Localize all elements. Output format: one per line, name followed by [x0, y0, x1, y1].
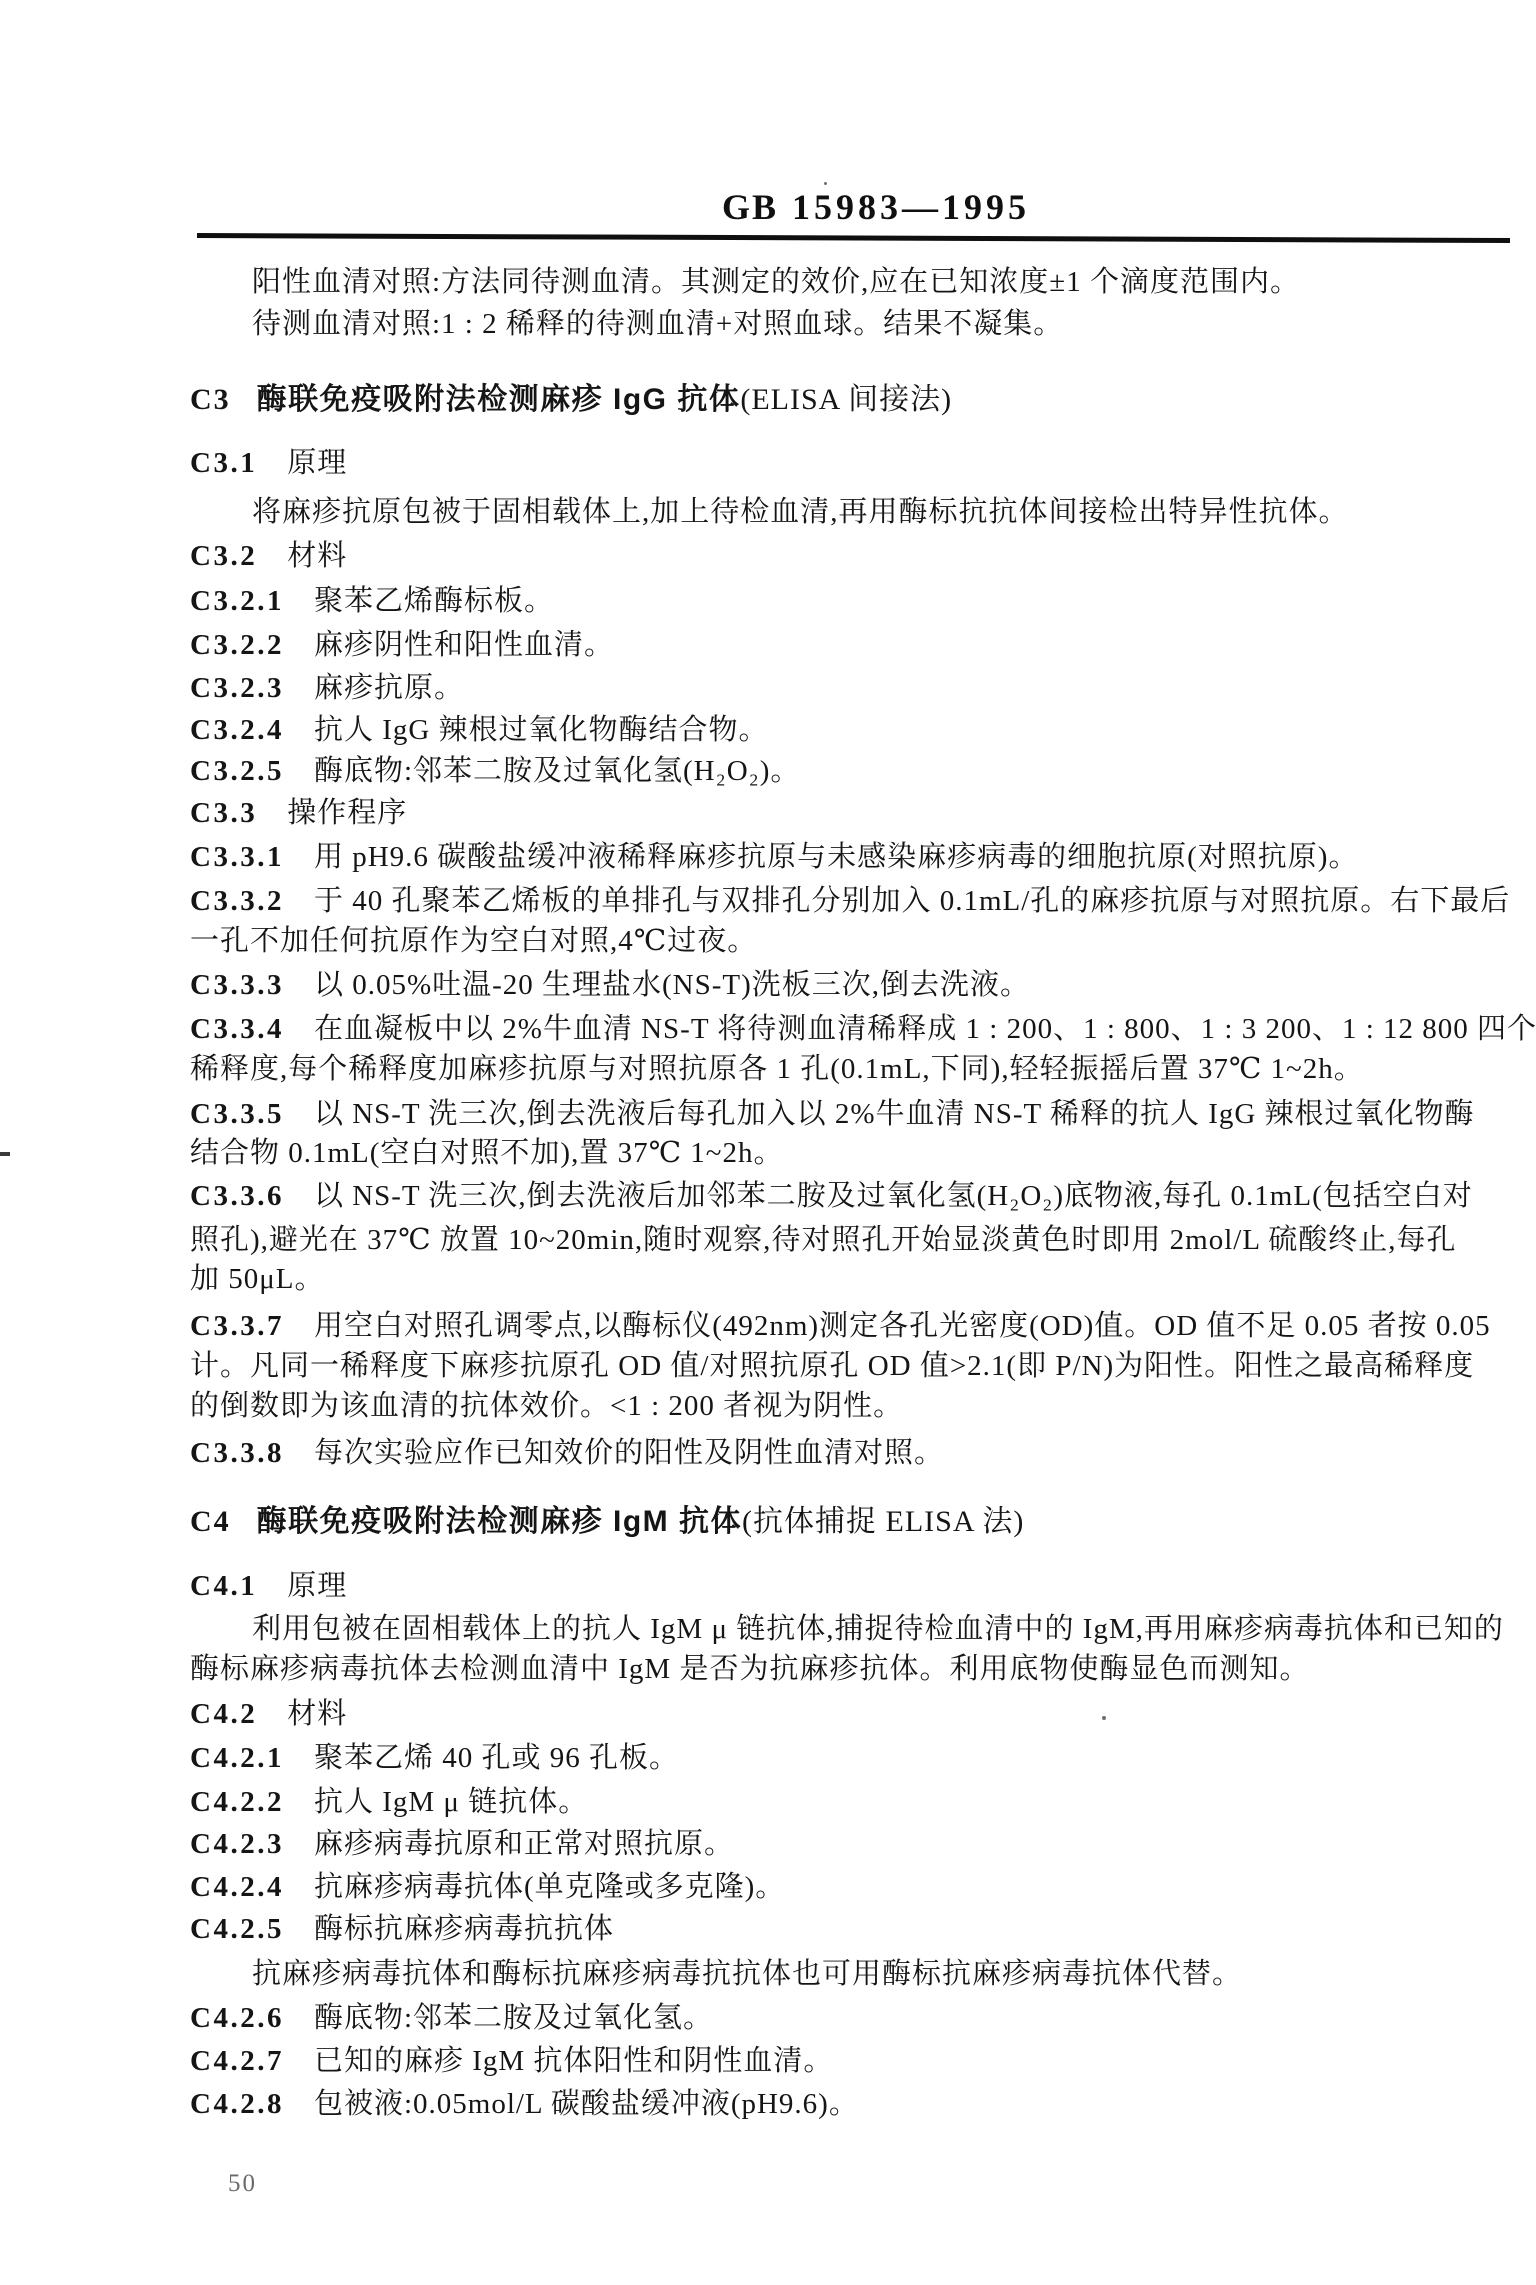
text-line-C4.2.7: C4.2.7已知的麻疹 IgM 抗体阳性和阴性血清。 [190, 2045, 833, 2078]
line-text: 抗人 IgG 辣根过氧化物酶结合物。 [314, 714, 769, 746]
section-number: C4.2.7 [190, 2045, 284, 2077]
section-number: C4.2 [190, 1698, 257, 1730]
section-number: C3.3.4 [190, 1013, 284, 1045]
text-line: 酶标麻疹病毒抗体去检测血清中 IgM 是否为抗麻疹抗体。利用底物使酶显色而测知。 [190, 1653, 1309, 1686]
text-line: 阳性血清对照:方法同待测血清。其测定的效价,应在已知浓度±1 个滴度范围内。 [252, 266, 1300, 299]
line-text: 每次实验应作已知效价的阳性及阴性血清对照。 [314, 1437, 944, 1469]
line-text: 酶底物:邻苯二胺及过氧化氢。 [314, 2002, 713, 2034]
text-line-C3.2.3: C3.2.3麻疹抗原。 [190, 672, 464, 705]
text-line-C3.3: C3.3操作程序 [190, 797, 407, 830]
section-number: C3.3.5 [190, 1098, 284, 1130]
section-number: C3.2.5 [190, 755, 284, 787]
text-line-C3.2.1: C3.2.1聚苯乙烯酶标板。 [190, 585, 554, 618]
line-text: 在血凝板中以 2%牛血清 NS-T 将待测血清稀释成 1 : 200、1 : 8… [314, 1013, 1536, 1045]
text-line-C4.1: C4.1原理 [190, 1570, 347, 1603]
line-text: 阳性血清对照:方法同待测血清。其测定的效价,应在已知浓度±1 个滴度范围内。 [252, 266, 1300, 298]
section-number: C3.3.8 [190, 1437, 284, 1469]
text-line-C3.3.8: C3.3.8每次实验应作已知效价的阳性及阴性血清对照。 [190, 1437, 944, 1470]
line-text: 材料 [287, 1698, 347, 1730]
line-text: 利用包被在固相载体上的抗人 IgM μ 链抗体,捕捉待检血清中的 IgM,再用麻… [252, 1613, 1504, 1645]
text-line-C4.2: C4.2材料 [190, 1698, 347, 1731]
line-text: 稀释度,每个稀释度加麻疹抗原与对照抗原各 1 孔(0.1mL,下同),轻轻振摇后… [190, 1053, 1364, 1085]
text-line-C3.3.1: C3.3.1用 pH9.6 碳酸盐缓冲液稀释麻疹抗原与未感染麻疹病毒的细胞抗原(… [190, 841, 1358, 874]
line-text: 用 pH9.6 碳酸盐缓冲液稀释麻疹抗原与未感染麻疹病毒的细胞抗原(对照抗原)。 [314, 841, 1359, 873]
scan-artifact-edge-mark [0, 1152, 10, 1156]
text-line: 计。凡同一稀释度下麻疹抗原孔 OD 值/对照抗原孔 OD 值>2.1(即 P/N… [190, 1350, 1474, 1383]
text-line-C3.2.2: C3.2.2麻疹阴性和阳性血清。 [190, 629, 614, 662]
section-number: C4.2.8 [190, 2088, 284, 2120]
section-number: C4.2.2 [190, 1786, 284, 1818]
line-text: 一孔不加任何抗原作为空白对照,4℃过夜。 [190, 925, 757, 957]
line-text: 待测血清对照:1 : 2 稀释的待测血清+对照血球。结果不凝集。 [252, 308, 1063, 340]
text-line: 抗麻疹病毒抗体和酶标抗麻疹病毒抗抗体也可用酶标抗麻疹病毒抗体代替。 [252, 1958, 1242, 1991]
text-line: 的倒数即为该血清的抗体效价。<1 : 200 者视为阴性。 [190, 1390, 903, 1423]
line-text: 麻疹病毒抗原和正常对照抗原。 [314, 1828, 734, 1860]
section-number: C4.2.3 [190, 1828, 284, 1860]
text-line-C3.2: C3.2材料 [190, 540, 347, 573]
line-text: 将麻疹抗原包被于固相载体上,加上待检血清,再用酶标抗抗体间接检出特异性抗体。 [252, 496, 1349, 528]
text-line-C4.2.1: C4.2.1聚苯乙烯 40 孔或 96 孔板。 [190, 1742, 679, 1775]
line-text: 抗麻疹病毒抗体和酶标抗麻疹病毒抗抗体也可用酶标抗麻疹病毒抗体代替。 [252, 1958, 1242, 1990]
scan-artifact-dot [1102, 1716, 1106, 1720]
text-line: 加 50μL。 [190, 1263, 325, 1296]
line-text: 操作程序 [287, 797, 407, 829]
text-line-C3.3.4: C3.3.4在血凝板中以 2%牛血清 NS-T 将待测血清稀释成 1 : 200… [190, 1013, 1536, 1046]
line-text: 包被液:0.05mol/L 碳酸盐缓冲液(pH9.6)。 [314, 2088, 859, 2120]
section-number: C4 [190, 1505, 231, 1538]
section-number: C4.1 [190, 1570, 257, 1602]
heading-tail: (抗体捕捉 ELISA 法) [742, 1505, 1024, 1538]
text-line: 待测血清对照:1 : 2 稀释的待测血清+对照血球。结果不凝集。 [252, 308, 1063, 341]
line-text: 聚苯乙烯 40 孔或 96 孔板。 [314, 1742, 679, 1774]
scan-artifact-dot [824, 182, 827, 185]
standard-code-header: GB15983—1995 [722, 189, 1030, 225]
text-line: 结合物 0.1mL(空白对照不加),置 37℃ 1~2h。 [190, 1137, 783, 1170]
section-number: C4.2.1 [190, 1742, 284, 1774]
section-number: C3.2.2 [190, 629, 284, 661]
section-number: C3.2.1 [190, 585, 284, 617]
line-text: 加 50μL。 [190, 1263, 325, 1295]
line-text: 聚苯乙烯酶标板。 [314, 585, 554, 617]
text-line-C3.3.2: C3.3.2于 40 孔聚苯乙烯板的单排孔与双排孔分别加入 0.1mL/孔的麻疹… [190, 885, 1510, 918]
line-text: 结合物 0.1mL(空白对照不加),置 37℃ 1~2h。 [190, 1137, 783, 1169]
text-line-C3.1: C3.1原理 [190, 447, 347, 480]
line-text: 的倒数即为该血清的抗体效价。<1 : 200 者视为阴性。 [190, 1390, 903, 1422]
line-text: 以 0.05%吐温-20 生理盐水(NS-T)洗板三次,倒去洗液。 [314, 969, 1030, 1001]
line-text: 已知的麻疹 IgM 抗体阳性和阴性血清。 [314, 2045, 833, 2077]
standard-code-prefix: GB [722, 187, 778, 227]
section-number: C3.1 [190, 447, 257, 479]
section-number: C4.2.4 [190, 1871, 284, 1903]
text-line-C3.2.4: C3.2.4抗人 IgG 辣根过氧化物酶结合物。 [190, 714, 769, 747]
text-line: 照孔),避光在 37℃ 放置 10~20min,随时观察,待对照孔开始显淡黄色时… [190, 1224, 1456, 1257]
heading-title: 酶联免疫吸附法检测麻疹 IgM 抗体 [257, 1505, 742, 1538]
section-number: C4.2.6 [190, 2002, 284, 2034]
header-rule [197, 233, 1510, 243]
line-text: 原理 [287, 1570, 347, 1602]
line-text: 酶标麻疹病毒抗体去检测血清中 IgM 是否为抗麻疹抗体。利用底物使酶显色而测知。 [190, 1653, 1309, 1685]
line-text: 材料 [287, 540, 347, 572]
section-number: C3.2.4 [190, 714, 284, 746]
text-line: 一孔不加任何抗原作为空白对照,4℃过夜。 [190, 925, 757, 958]
document-page: GB15983—1995 阳性血清对照:方法同待测血清。其测定的效价,应在已知浓… [0, 0, 1536, 2285]
line-text: 于 40 孔聚苯乙烯板的单排孔与双排孔分别加入 0.1mL/孔的麻疹抗原与对照抗… [314, 885, 1510, 917]
text-line: 利用包被在固相载体上的抗人 IgM μ 链抗体,捕捉待检血清中的 IgM,再用麻… [252, 1613, 1504, 1646]
text-line-C4.2.5: C4.2.5酶标抗麻疹病毒抗抗体 [190, 1913, 614, 1946]
text-line-C4.2.2: C4.2.2抗人 IgM μ 链抗体。 [190, 1786, 588, 1819]
section-number: C3.2 [190, 540, 257, 572]
text-line: 将麻疹抗原包被于固相载体上,加上待检血清,再用酶标抗抗体间接检出特异性抗体。 [252, 496, 1349, 529]
section-number: C3.2.3 [190, 672, 284, 704]
text-line: 稀释度,每个稀释度加麻疹抗原与对照抗原各 1 孔(0.1mL,下同),轻轻振摇后… [190, 1053, 1364, 1086]
line-text: 照孔),避光在 37℃ 放置 10~20min,随时观察,待对照孔开始显淡黄色时… [190, 1224, 1456, 1256]
text-line-C4.2.8: C4.2.8包被液:0.05mol/L 碳酸盐缓冲液(pH9.6)。 [190, 2088, 859, 2121]
text-line-C4.2.4: C4.2.4抗麻疹病毒抗体(单克隆或多克隆)。 [190, 1871, 785, 1904]
section-number: C3.3 [190, 797, 257, 829]
heading-tail: (ELISA 间接法) [740, 383, 952, 416]
line-text: 计。凡同一稀释度下麻疹抗原孔 OD 值/对照抗原孔 OD 值>2.1(即 P/N… [190, 1350, 1474, 1382]
line-text: 麻疹抗原。 [314, 672, 464, 704]
text-line-C3: C3酶联免疫吸附法检测麻疹 IgG 抗体(ELISA 间接法) [190, 383, 952, 418]
text-line-C3.3.3: C3.3.3以 0.05%吐温-20 生理盐水(NS-T)洗板三次,倒去洗液。 [190, 969, 1030, 1002]
text-line-C4: C4酶联免疫吸附法检测麻疹 IgM 抗体(抗体捕捉 ELISA 法) [190, 1505, 1024, 1540]
line-text: 酶标抗麻疹病毒抗抗体 [314, 1913, 614, 1945]
line-text: 酶底物:邻苯二胺及过氧化氢(H₂O₂)。 [314, 755, 800, 787]
section-number: C3.3.7 [190, 1310, 284, 1342]
line-text: 原理 [287, 447, 347, 479]
text-line-C4.2.6: C4.2.6酶底物:邻苯二胺及过氧化氢。 [190, 2002, 713, 2035]
section-number: C3.3.6 [190, 1180, 284, 1212]
text-line-C3.2.5: C3.2.5酶底物:邻苯二胺及过氧化氢(H₂O₂)。 [190, 755, 800, 788]
line-text: 抗人 IgM μ 链抗体。 [314, 1786, 588, 1818]
text-line-C4.2.3: C4.2.3麻疹病毒抗原和正常对照抗原。 [190, 1828, 734, 1861]
text-line-C3.3.7: C3.3.7用空白对照孔调零点,以酶标仪(492nm)测定各孔光密度(OD)值。… [190, 1310, 1491, 1343]
section-number: C3.3.2 [190, 885, 284, 917]
text-line-C3.3.5: C3.3.5以 NS-T 洗三次,倒去洗液后每孔加入以 2%牛血清 NS-T 稀… [190, 1098, 1475, 1131]
heading-title: 酶联免疫吸附法检测麻疹 IgG 抗体 [257, 383, 741, 416]
page-number: 50 [228, 2170, 257, 2198]
line-text: 麻疹阴性和阳性血清。 [314, 629, 614, 661]
section-number: C3 [190, 383, 231, 416]
line-text: 用空白对照孔调零点,以酶标仪(492nm)测定各孔光密度(OD)值。OD 值不足… [314, 1310, 1491, 1342]
section-number: C3.3.3 [190, 969, 284, 1001]
text-line-C3.3.6: C3.3.6以 NS-T 洗三次,倒去洗液后加邻苯二胺及过氧化氢(H₂O₂)底物… [190, 1180, 1473, 1213]
line-text: 以 NS-T 洗三次,倒去洗液后每孔加入以 2%牛血清 NS-T 稀释的抗人 I… [314, 1098, 1475, 1130]
section-number: C3.3.1 [190, 841, 284, 873]
standard-code-number: 15983—1995 [792, 187, 1030, 227]
section-number: C4.2.5 [190, 1913, 284, 1945]
line-text: 抗麻疹病毒抗体(单克隆或多克隆)。 [314, 1871, 785, 1903]
line-text: 以 NS-T 洗三次,倒去洗液后加邻苯二胺及过氧化氢(H₂O₂)底物液,每孔 0… [314, 1180, 1473, 1212]
